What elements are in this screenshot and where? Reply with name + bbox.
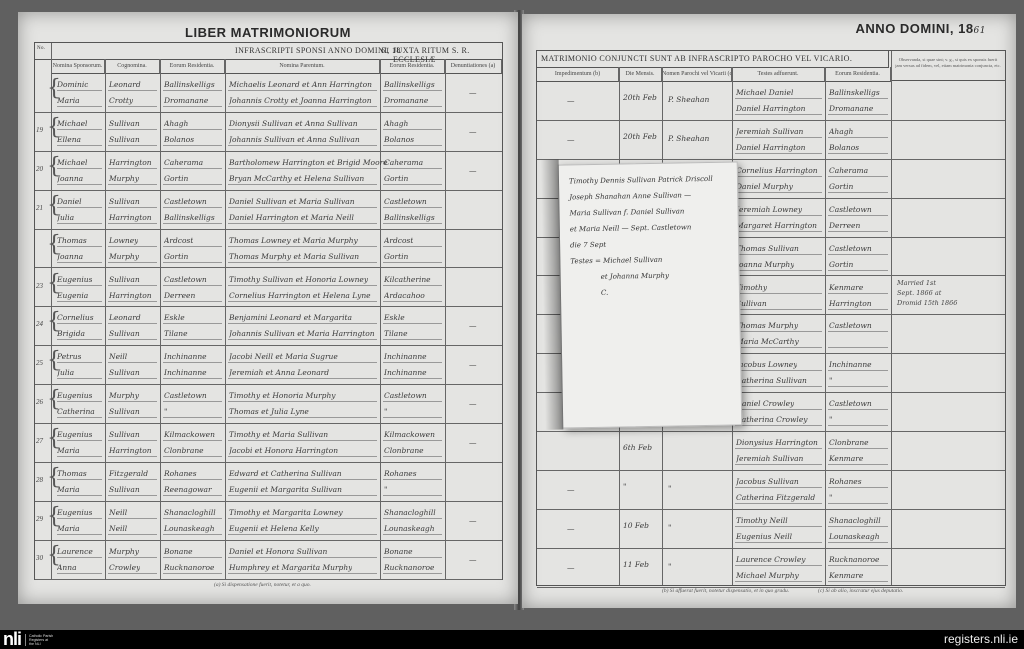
writing-rule [735, 98, 822, 99]
pinned-paper-slip: Timothy Dennis Sullivan Patrick Driscoll… [558, 161, 743, 428]
writing-rule [735, 215, 822, 216]
bride-residence: Lounaskeagh [164, 524, 215, 533]
writing-rule [228, 106, 377, 107]
bride-residence: Inchinanne [164, 368, 207, 377]
column-header: Die Mensis. [619, 67, 662, 82]
witness-1: Thomas Murphy [736, 321, 798, 330]
writing-rule [163, 285, 222, 286]
groom-parents: Daniel Sullivan et Maria Sullivan [229, 197, 355, 206]
bride-parents-residence: " [384, 407, 387, 416]
groom-parents-residence: Caherama [384, 158, 423, 167]
groom-surname: Leonard [109, 313, 141, 322]
die-mensis: 11 Feb [623, 560, 649, 569]
writing-rule [228, 129, 377, 130]
groom-name: Eugenius [57, 275, 92, 284]
bride-parents: Thomas et Julia Lyne [229, 407, 309, 416]
writing-rule [735, 464, 822, 465]
column-header: Eorum Residentia. [160, 59, 225, 74]
writing-rule [57, 106, 102, 107]
groom-parents: Edward et Catherina Sullivan [229, 469, 342, 478]
groom-residence: Kilmackowen [164, 430, 215, 439]
bride-parents-residence: " [384, 485, 387, 494]
entry-number: 25 [36, 359, 43, 367]
witness-1: Timothy Neill [736, 516, 788, 525]
writing-rule [228, 440, 377, 441]
witness-2-residence: Gortin [829, 260, 853, 269]
bride-parents-residence: Ardacahoo [384, 291, 425, 300]
groom-parents: Thomas Lowney et Maria Murphy [229, 236, 358, 245]
writing-rule [57, 339, 102, 340]
writing-rule [828, 526, 888, 527]
right-page-title: ANNO DOMINI, 1861 [856, 21, 986, 36]
witness-1: Thomas Sullivan [736, 244, 799, 253]
writing-rule [383, 129, 442, 130]
writing-rule [735, 347, 822, 348]
writing-rule [108, 479, 157, 480]
bride-residence: Gortin [164, 174, 188, 183]
writing-rule [57, 573, 102, 574]
bride-parents: Jacobi et Honora Harrington [229, 446, 338, 455]
bride-parents: Bryan McCarthy et Helena Sullivan [229, 174, 364, 183]
bride-parents-residence: Tilane [384, 329, 408, 338]
writing-rule [228, 339, 377, 340]
writing-rule [108, 339, 157, 340]
writing-rule [228, 362, 377, 363]
impedimentum: — [567, 96, 575, 105]
margin-note-line: Sept. 1866 at [897, 288, 1007, 298]
writing-rule [228, 223, 377, 224]
writing-rule [57, 223, 102, 224]
witness-1-residence: Kenmare [829, 283, 863, 292]
groom-parents-residence: Kilmackowen [384, 430, 435, 439]
groom-surname: Neill [109, 352, 127, 361]
groom-parents-residence: Castletown [384, 197, 427, 206]
writing-rule [828, 153, 888, 154]
entry-row: 21{DanielJuliaSullivanHarringtonCastleto… [35, 190, 502, 230]
impedimentum: — [567, 485, 575, 494]
groom-residence: Bonane [164, 547, 193, 556]
writing-rule [163, 378, 222, 379]
writing-rule [828, 176, 888, 177]
writing-rule [163, 246, 222, 247]
writing-rule [828, 386, 888, 387]
denuntiationes: — [469, 516, 477, 525]
column-header: Testes adfuerunt. [732, 67, 825, 82]
column-header: Denuntiationes (a) [445, 59, 502, 74]
nli-logo[interactable]: nli Catholic Parish Registers at the NLI [3, 631, 53, 648]
bride-surname: Sullivan [109, 368, 140, 377]
bride-residence: Reenagowar [164, 485, 212, 494]
writing-rule [57, 168, 102, 169]
left-page: LIBER MATRIMONIORUM No. INFRASCRIPTI SPO… [18, 12, 518, 604]
writing-rule [108, 417, 157, 418]
writing-rule [828, 309, 888, 310]
column-header: Nomen Parochi vel Vicarii (c) [662, 67, 732, 82]
left-page-title: LIBER MATRIMONIORUM [18, 25, 518, 40]
parochus-name: " [668, 562, 671, 571]
writing-rule [383, 207, 442, 208]
writing-rule [828, 114, 888, 115]
margin-note-line: Married 1st [897, 278, 1007, 288]
entry-row: —10 Feb"Timothy NeillEugenius NeillShana… [537, 509, 1005, 549]
writing-rule [57, 557, 102, 558]
witness-2: Maria McCarthy [736, 337, 799, 346]
entry-row: 24{CorneliusBrigidaLeonardSullivanEskleT… [35, 306, 502, 346]
writing-rule [163, 534, 222, 535]
writing-rule [57, 378, 102, 379]
writing-rule [163, 184, 222, 185]
writing-rule [228, 285, 377, 286]
witness-2: Catherina Sullivan [736, 376, 807, 385]
writing-rule [108, 207, 157, 208]
entry-row: 29{EugeniusMariaNeillNeillShanacloghillL… [35, 501, 502, 541]
writing-rule [228, 456, 377, 457]
groom-name: Thomas [57, 469, 87, 478]
writing-rule [735, 231, 822, 232]
entry-number: 29 [36, 515, 43, 523]
groom-name: Cornelius [57, 313, 94, 322]
entry-row: —11 Feb"Laurence CrowleyMichael MurphyRu… [537, 548, 1005, 588]
slip-text-line: C. [601, 289, 608, 297]
nli-logo-mark: nli [3, 631, 21, 648]
writing-rule [383, 557, 442, 558]
writing-rule [828, 581, 888, 582]
bride-parents-residence: Clonbrane [384, 446, 424, 455]
entry-row: 30{LaurenceAnnaMurphyCrowleyBonaneRuckna… [35, 540, 502, 580]
entry-row: —20th FebP. SheahanJeremiah SullivanDani… [537, 120, 1005, 160]
column-header: Impedimentum (b) [537, 67, 619, 82]
writing-rule [108, 246, 157, 247]
writing-rule [228, 518, 377, 519]
writing-rule [57, 440, 102, 441]
slip-shadow [541, 160, 564, 430]
writing-rule [735, 503, 822, 504]
writing-rule [735, 370, 822, 371]
groom-residence: Castletown [164, 275, 207, 284]
witness-2: Daniel Harrington [736, 104, 806, 113]
bride-name: Maria [57, 96, 80, 105]
writing-rule [57, 90, 102, 91]
writing-rule [828, 215, 888, 216]
right-title-text: ANNO DOMINI, 18 [856, 21, 974, 36]
writing-rule [57, 362, 102, 363]
writing-rule [228, 168, 377, 169]
writing-rule [828, 192, 888, 193]
bride-parents: Humphrey et Margarita Murphy [229, 563, 352, 572]
bride-surname: Murphy [109, 174, 139, 183]
groom-parents-residence: Shanacloghill [384, 508, 436, 517]
bride-surname: Sullivan [109, 135, 140, 144]
writing-rule [108, 323, 157, 324]
bride-residence: Derreen [164, 291, 195, 300]
margin-note-line: Dromid 15th 1866 [897, 298, 1007, 308]
writing-rule [57, 184, 102, 185]
bride-name: Anna [57, 563, 77, 572]
witness-2-residence: Kenmare [829, 454, 863, 463]
bride-parents: Johannis Sullivan et Anna Sullivan [229, 135, 360, 144]
entry-number: 24 [36, 320, 43, 328]
bride-name: Maria [57, 524, 80, 533]
writing-rule [163, 495, 222, 496]
writing-rule [383, 440, 442, 441]
entry-row: 19{MichaelEllenaSullivanSullivanAhaghBol… [35, 112, 502, 152]
writing-rule [383, 285, 442, 286]
groom-parents-residence: Inchinanne [384, 352, 427, 361]
writing-rule [108, 301, 157, 302]
witness-2-residence: Harrington [829, 299, 872, 308]
writing-rule [108, 440, 157, 441]
slip-text-line: Timothy Dennis Sullivan Patrick Driscoll [569, 175, 713, 186]
entry-row: 20{MichaelJoannaHarringtonMurphyCaherama… [35, 151, 502, 191]
witness-1: Jeremiah Lowney [736, 205, 802, 214]
right-title-year: 61 [974, 26, 986, 36]
bride-parents: Eugenii et Helena Kelly [229, 524, 319, 533]
witness-2-residence: " [829, 493, 832, 502]
writing-rule [108, 557, 157, 558]
writing-rule [108, 534, 157, 535]
bride-surname: Harrington [109, 446, 152, 455]
slip-text-line: Joseph Shanahan Anne Sullivan — [569, 191, 691, 201]
writing-rule [383, 362, 442, 363]
right-footnote-b: (b) Si affuerat fuerit, notetur dispensa… [662, 588, 789, 594]
column-header: Cognomina. [105, 59, 160, 74]
writing-rule [828, 370, 888, 371]
nli-logo-text: Catholic Parish Registers at the NLI [25, 634, 53, 646]
entry-number: 26 [36, 398, 43, 406]
writing-rule [735, 542, 822, 543]
writing-rule [108, 495, 157, 496]
witness-1-residence: Ahagh [829, 127, 853, 136]
writing-rule [735, 581, 822, 582]
footer-bar: nli Catholic Parish Registers at the NLI… [0, 630, 1024, 649]
groom-parents: Timothy et Margarita Lowney [229, 508, 343, 517]
groom-surname: Lowney [109, 236, 138, 245]
bride-surname: Crowley [109, 563, 140, 572]
groom-residence: Castletown [164, 197, 207, 206]
witness-2-residence: " [829, 376, 832, 385]
groom-parents: Jacobi Neill et Maria Sugrue [229, 352, 338, 361]
writing-rule [828, 137, 888, 138]
groom-surname: Murphy [109, 391, 139, 400]
slip-text-line: et Maria Neill — Sept. Castletown [570, 223, 692, 233]
writing-rule [163, 301, 222, 302]
writing-rule [735, 270, 822, 271]
writing-rule [57, 246, 102, 247]
writing-rule [828, 425, 888, 426]
writing-rule [163, 262, 222, 263]
bride-name: Catherina [57, 407, 95, 416]
writing-rule [163, 456, 222, 457]
witness-1-residence: Inchinanne [829, 360, 872, 369]
witness-1-residence: Rucknanoroe [829, 555, 879, 564]
writing-rule [163, 323, 222, 324]
writing-rule [163, 401, 222, 402]
bride-name: Julia [57, 213, 74, 222]
writing-rule [735, 309, 822, 310]
writing-rule [57, 323, 102, 324]
bride-residence: Ballinskelligs [164, 213, 215, 222]
bride-parents: Johannis Crotty et Joanna Harrington [229, 96, 372, 105]
groom-residence: Eskle [164, 313, 185, 322]
writing-rule [383, 246, 442, 247]
bride-residence: Dromanane [164, 96, 208, 105]
bride-name: Julia [57, 368, 74, 377]
witness-1-residence: Castletown [829, 321, 872, 330]
entry-row: 27{EugeniusMariaSullivanHarringtonKilmac… [35, 423, 502, 463]
groom-residence: Ahagh [164, 119, 188, 128]
writing-rule [828, 448, 888, 449]
writing-rule [163, 479, 222, 480]
groom-name: Daniel [57, 197, 82, 206]
writing-rule [735, 487, 822, 488]
bride-surname: Crotty [109, 96, 133, 105]
witness-1: Laurence Crowley [736, 555, 806, 564]
column-header: Eorum Residentia. [825, 67, 891, 82]
bride-parents-residence: Bolanos [384, 135, 414, 144]
witness-2: Daniel Murphy [736, 182, 793, 191]
witness-1: Jeremiah Sullivan [736, 127, 803, 136]
groom-surname: Harrington [109, 158, 152, 167]
groom-parents: Timothy Sullivan et Honoria Lowney [229, 275, 368, 284]
bride-surname: Sullivan [109, 485, 140, 494]
bride-name: Brigida [57, 329, 85, 338]
bride-name: Joanna [57, 252, 83, 261]
writing-rule [163, 417, 222, 418]
right-footnote-c: (c) Si ab alio, inscratur ejus deputatio… [818, 588, 903, 594]
bride-surname: Neill [109, 524, 127, 533]
writing-rule [163, 168, 222, 169]
groom-parents: Michaelis Leonard et Ann Harrington [229, 80, 372, 89]
writing-rule [735, 176, 822, 177]
writing-rule [383, 184, 442, 185]
witness-2: Catherina Crowley [736, 415, 808, 424]
witness-2: Joanna Murphy [736, 260, 794, 269]
writing-rule [383, 417, 442, 418]
bride-residence: Gortin [164, 252, 188, 261]
witness-2-residence: Kenmare [829, 571, 863, 580]
writing-rule [163, 557, 222, 558]
registers-site-link[interactable]: registers.nli.ie [944, 632, 1018, 646]
groom-surname: Leonard [109, 80, 141, 89]
witness-2-residence: Dromanane [829, 104, 873, 113]
writing-rule [735, 331, 822, 332]
witness-2: Daniel Harrington [736, 143, 806, 152]
writing-rule [228, 495, 377, 496]
writing-rule [108, 90, 157, 91]
entry-row: 28{ThomasMariaFitzgeraldSullivanRohanesR… [35, 462, 502, 502]
writing-rule [57, 207, 102, 208]
bride-parents-residence: Gortin [384, 252, 408, 261]
writing-rule [735, 137, 822, 138]
writing-rule [383, 106, 442, 107]
groom-name: Thomas [57, 236, 87, 245]
denuntiationes: — [469, 88, 477, 97]
writing-rule [828, 331, 888, 332]
groom-surname: Murphy [109, 547, 139, 556]
writing-rule [57, 262, 102, 263]
witness-1: Daniel Crowley [736, 399, 794, 408]
entry-row: 26{EugeniusCatherinaMurphySullivanCastle… [35, 384, 502, 424]
writing-rule [163, 129, 222, 130]
witness-1: Timothy [736, 283, 767, 292]
groom-parents-residence: Kilcatherine [384, 275, 431, 284]
entry-number: 23 [36, 282, 43, 290]
writing-rule [383, 168, 442, 169]
bride-name: Joanna [57, 174, 83, 183]
writing-rule [383, 573, 442, 574]
writing-rule [108, 184, 157, 185]
groom-residence: Castletown [164, 391, 207, 400]
left-footnote: (a) Si dispensatione fuerit, notetur, et… [214, 582, 311, 588]
writing-rule [57, 417, 102, 418]
writing-rule [828, 98, 888, 99]
denuntiationes: — [469, 321, 477, 330]
observanda-header: Observanda, si quae sint; v. g., si quis… [891, 51, 1005, 81]
impedimentum: — [567, 135, 575, 144]
groom-parents: Timothy et Honoria Murphy [229, 391, 336, 400]
writing-rule [108, 518, 157, 519]
writing-rule [108, 129, 157, 130]
groom-name: Eugenius [57, 508, 92, 517]
groom-residence: Inchinanne [164, 352, 207, 361]
groom-residence: Ardcost [164, 236, 193, 245]
entry-row: {DominicMariaLeonardCrottyBallinskelligs… [35, 73, 502, 113]
witness-2-residence: Gortin [829, 182, 853, 191]
entry-number: 21 [36, 204, 43, 212]
writing-rule [57, 518, 102, 519]
groom-parents: Benjamini Leonard et Margarita [229, 313, 352, 322]
parochus-name: " [668, 484, 671, 493]
bride-parents: Thomas Murphy et Maria Sullivan [229, 252, 359, 261]
writing-rule [163, 223, 222, 224]
witness-1-residence: Rohanes [829, 477, 862, 486]
writing-rule [735, 114, 822, 115]
bride-residence: Clonbrane [164, 446, 204, 455]
writing-rule [163, 518, 222, 519]
entry-row: —20th FebP. SheahanMichael DanielDaniel … [537, 81, 1005, 121]
writing-rule [383, 223, 442, 224]
writing-rule [828, 270, 888, 271]
entry-row: 25{PetrusJuliaNeillSullivanInchinanneInc… [35, 345, 502, 385]
writing-rule [228, 246, 377, 247]
die-mensis: " [623, 482, 626, 491]
writing-rule [828, 503, 888, 504]
writing-rule [828, 565, 888, 566]
bride-parents: Johannis Sullivan et Maria Harrington [229, 329, 375, 338]
groom-residence: Ballinskelligs [164, 80, 215, 89]
writing-rule [735, 526, 822, 527]
groom-surname: Sullivan [109, 275, 140, 284]
witness-2-residence: " [829, 415, 832, 424]
die-mensis: 20th Feb [623, 93, 657, 102]
bride-name: Maria [57, 446, 80, 455]
entry-number: 30 [36, 554, 43, 562]
groom-parents-residence: Ahagh [384, 119, 408, 128]
witness-2: Jeremiah Sullivan [736, 454, 803, 463]
groom-parents: Bartholomew Harrington et Brigid Moore [229, 158, 388, 167]
witness-1: Dionysius Harrington [736, 438, 818, 447]
bride-residence: " [164, 407, 167, 416]
witness-1-residence: Clonbrane [829, 438, 869, 447]
groom-parents-residence: Bonane [384, 547, 413, 556]
logo-line-3: the NLI [29, 642, 41, 646]
witness-1: Cornelius Harrington [736, 166, 818, 175]
groom-name: Laurence [57, 547, 93, 556]
writing-rule [828, 293, 888, 294]
witness-1-residence: Castletown [829, 205, 872, 214]
groom-parents-residence: Ardcost [384, 236, 413, 245]
impedimentum: — [567, 563, 575, 572]
